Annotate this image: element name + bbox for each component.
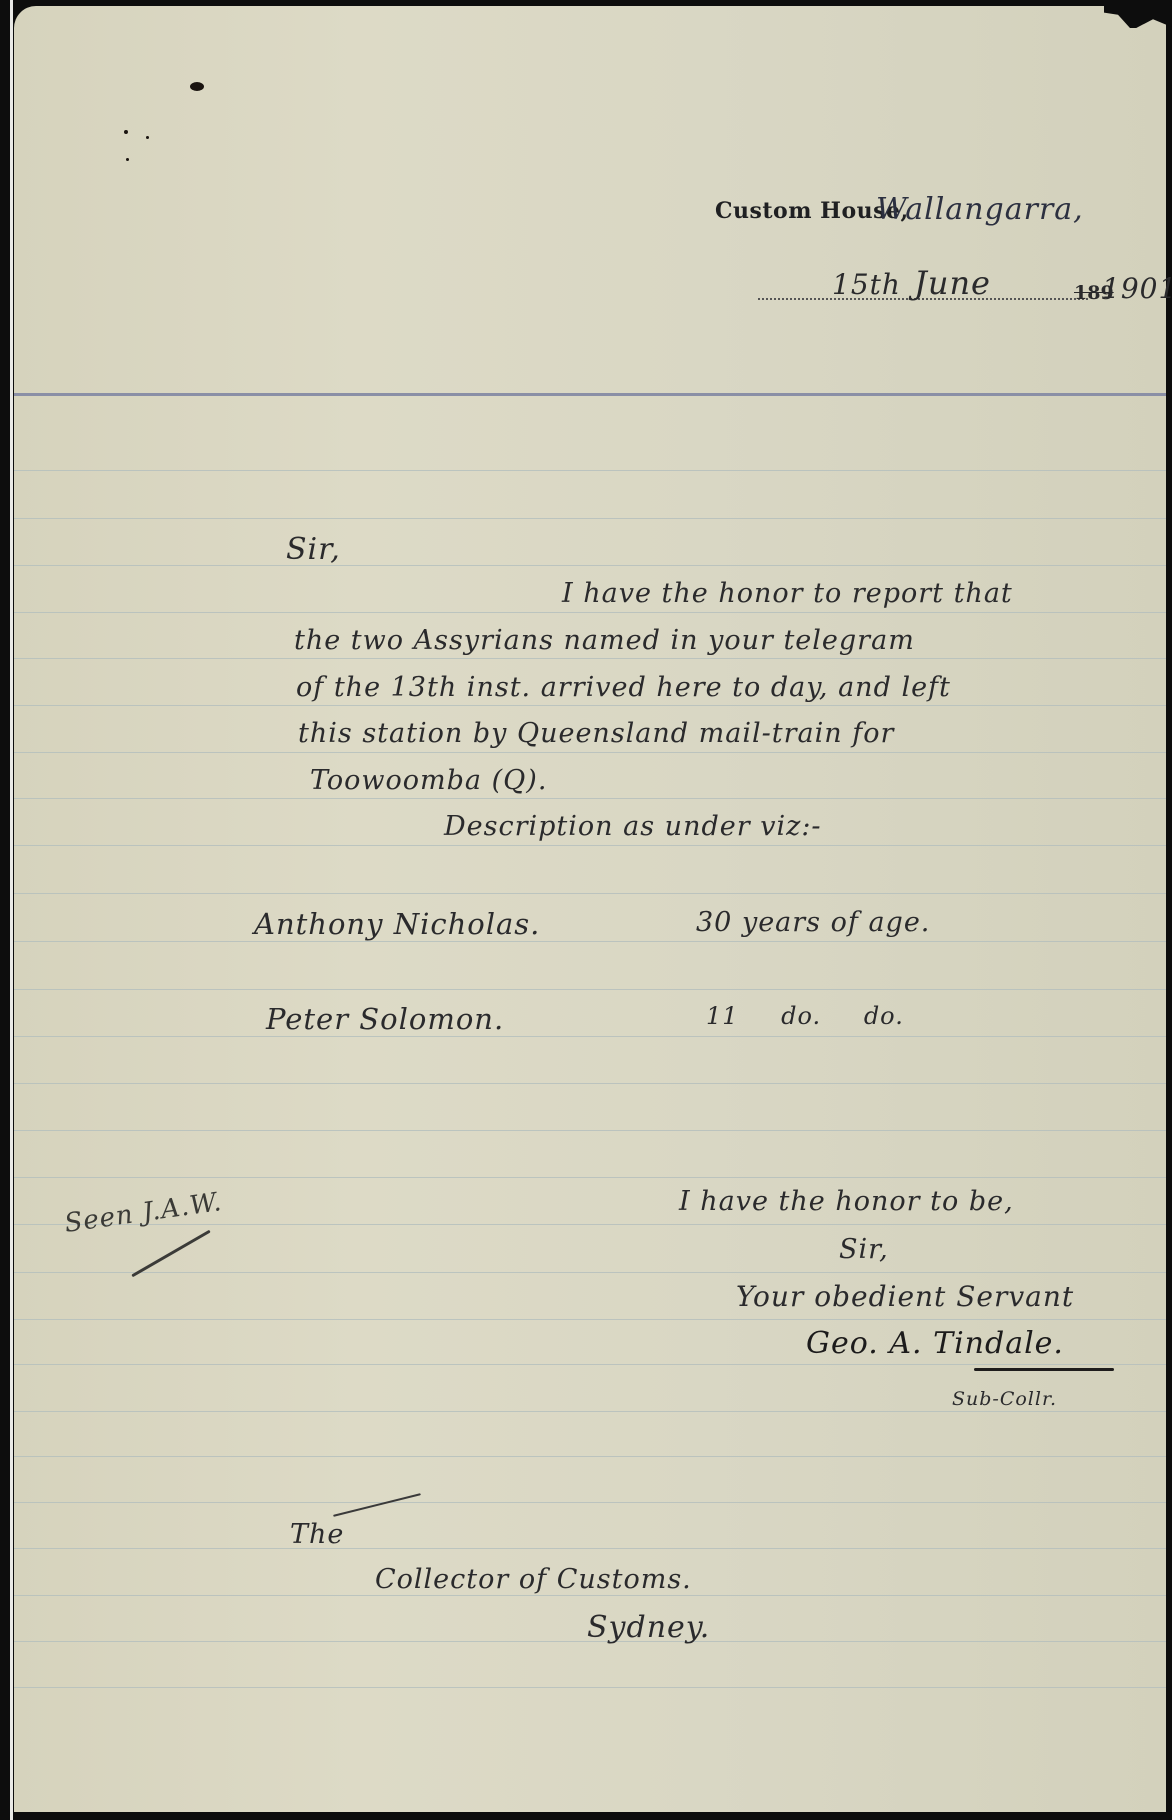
ruled-line <box>14 752 1166 753</box>
ruled-line <box>14 893 1166 894</box>
closing-servant: Your obedient Servant <box>736 1280 1074 1313</box>
ink-speck <box>146 136 149 139</box>
addressee-flourish <box>333 1493 421 1517</box>
ruled-line <box>14 989 1166 990</box>
date-month: June <box>914 264 991 302</box>
body-line: Toowoomba (Q). <box>310 765 547 796</box>
description-intro: Description as under viz:- <box>444 811 822 842</box>
letterhead-rule <box>14 393 1166 396</box>
ruled-line <box>14 845 1166 846</box>
ink-blot <box>190 82 204 91</box>
person-age: 11 do. do. <box>706 1002 904 1030</box>
ruled-line <box>14 470 1166 471</box>
body-line: I have the honor to report that <box>562 578 1013 609</box>
signatory-title: Sub-Collr. <box>952 1388 1057 1410</box>
date-day: 15th <box>832 268 901 301</box>
scan-edge <box>10 0 13 1820</box>
ruled-line <box>14 1364 1166 1365</box>
body-line: of the 13th inst. arrived here to day, a… <box>296 672 951 703</box>
letterhead-place: Wallangarra, <box>876 192 1084 227</box>
body-line: the two Assyrians named in your telegram <box>294 625 915 656</box>
person-age: 30 years of age. <box>696 907 930 938</box>
ruled-line <box>14 1130 1166 1131</box>
ruled-line <box>14 1411 1166 1412</box>
ruled-line <box>14 612 1166 613</box>
ruled-line <box>14 941 1166 942</box>
ruled-line <box>14 1502 1166 1503</box>
person-name: Peter Solomon. <box>266 1002 504 1036</box>
signature-underline <box>974 1368 1114 1371</box>
torn-corner <box>1104 6 1172 28</box>
letter-page: Custom House, Wallangarra, 15th June 189… <box>14 6 1166 1812</box>
salutation: Sir, <box>286 532 341 567</box>
closing-line: I have the honor to be, <box>679 1186 1014 1217</box>
ink-speck <box>124 130 128 134</box>
ruled-line <box>14 1456 1166 1457</box>
date-year: 1901. <box>1102 272 1172 305</box>
addressee-collector: Collector of Customs. <box>375 1564 692 1595</box>
ruled-line <box>14 658 1166 659</box>
addressee-the: The <box>290 1519 344 1550</box>
ruled-line <box>14 1224 1166 1225</box>
ruled-line <box>14 1036 1166 1037</box>
ruled-line <box>14 1177 1166 1178</box>
ruled-line <box>14 518 1166 519</box>
person-name: Anthony Nicholas. <box>254 907 540 941</box>
signature: Geo. A. Tindale. <box>806 1326 1064 1361</box>
ruled-line <box>14 1687 1166 1688</box>
margin-note-seen: Seen J.A.W. <box>63 1187 224 1239</box>
ruled-line <box>14 565 1166 566</box>
closing-sir: Sir, <box>839 1234 889 1265</box>
ruled-line <box>14 1272 1166 1273</box>
ruled-line <box>14 1083 1166 1084</box>
ruled-line <box>14 798 1166 799</box>
ink-speck <box>126 158 129 161</box>
body-line: this station by Queensland mail-train fo… <box>298 718 894 749</box>
ruled-line <box>14 1319 1166 1320</box>
ruled-line <box>14 1595 1166 1596</box>
margin-note-stroke <box>131 1230 210 1278</box>
ruled-line <box>14 705 1166 706</box>
addressee-city: Sydney. <box>587 1610 710 1645</box>
ruled-line <box>14 1548 1166 1549</box>
